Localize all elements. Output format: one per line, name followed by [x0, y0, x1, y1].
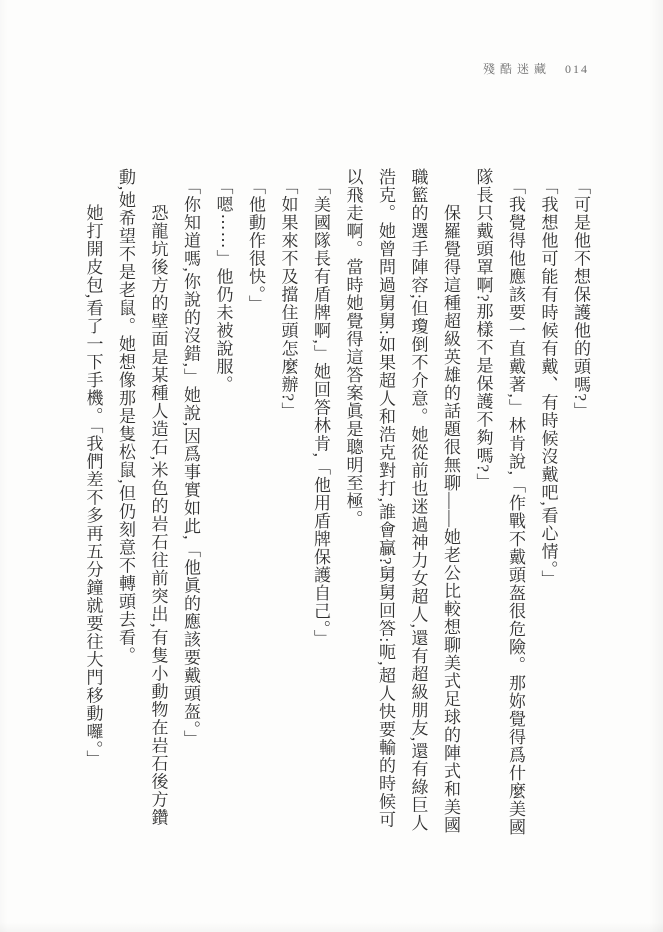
vertical-text-block: 「可是他不想保護他的頭嗎?」 「我想他可能有時候有戴、有時候沒戴吧,看心情。」 … [76, 168, 596, 840]
paragraph: 「我想他可能有時候有戴、有時候沒戴吧,看心情。」 [531, 168, 564, 840]
running-head: 殘酷迷藏014 [483, 60, 589, 77]
paragraph: 「你知道嗎,你說的沒錯,」她說,因爲事實如此,「他眞的應該要戴頭盔。」 [174, 168, 207, 840]
paragraph: 她打開皮包,看了一下手機。「我們差不多再五分鐘就要往大門移動囉。」 [76, 168, 109, 840]
paragraph: 「嗯⋯⋯」他仍未被說服。 [206, 168, 239, 840]
paragraph: 「他動作很快。」 [239, 168, 272, 840]
running-head-book-title: 殘酷迷藏 [483, 62, 551, 76]
paragraph: 恐龍坑後方的壁面是某種人造石,米色的岩石往前突出,有隻小動物在岩石後方鑽動,她希… [109, 168, 174, 840]
paragraph: 「如果來不及擋住頭怎麼辦?」 [271, 168, 304, 840]
paragraph: 「可是他不想保護他的頭嗎?」 [564, 168, 597, 840]
paragraph: 保羅覺得這種超級英雄的話題很無聊——她老公比較想聊美式足球的陣式和美國職籃的選手… [336, 168, 466, 840]
paragraph: 「美國隊長有盾牌啊,」她回答林肯,「他用盾牌保護自己。」 [304, 168, 337, 840]
book-page: 殘酷迷藏014 「可是他不想保護他的頭嗎?」 「我想他可能有時候有戴、有時候沒戴… [0, 0, 663, 932]
running-head-page-number: 014 [565, 62, 589, 76]
paragraph: 「我覺得他應該要一直戴著,」林肯說,「作戰不戴頭盔很危險。那妳覺得爲什麼美國隊長… [466, 168, 531, 840]
